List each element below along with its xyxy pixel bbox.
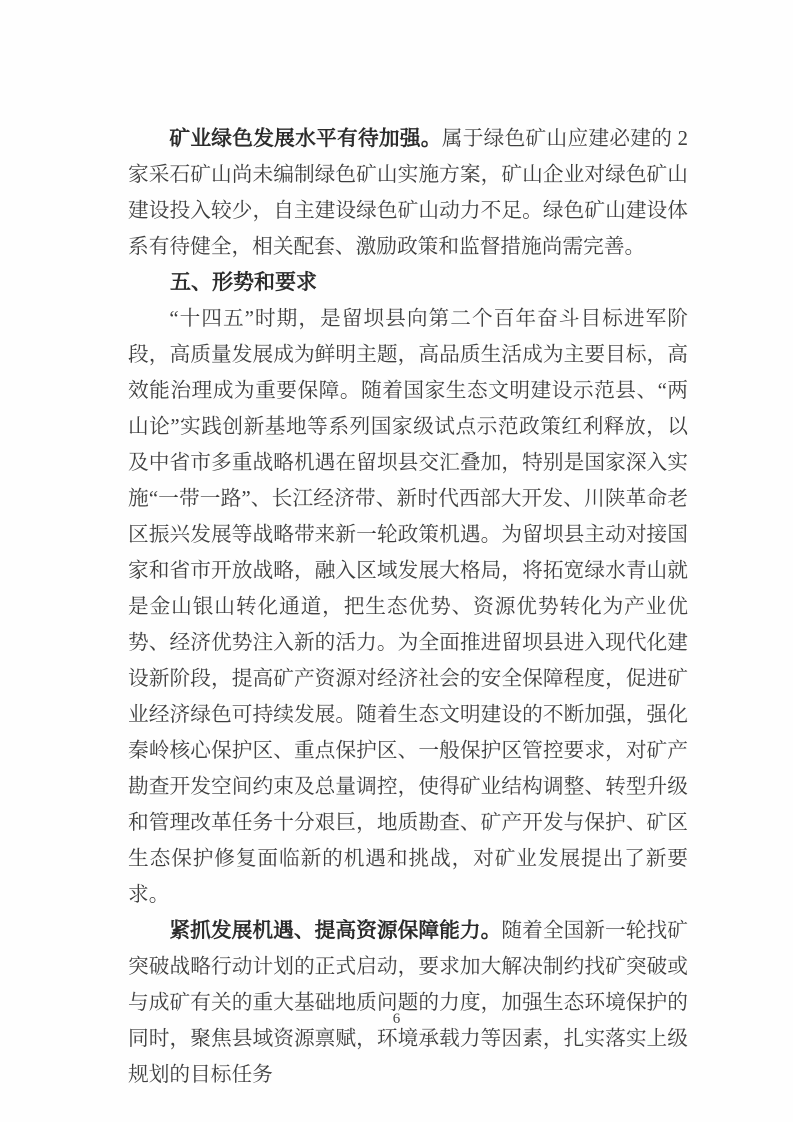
paragraph-lead: 紧抓发展机遇、提高资源保障能力。 bbox=[169, 919, 501, 942]
document-body: 矿业绿色发展水平有待加强。属于绿色矿山应建必建的 2 家采石矿山尚未编制绿色矿山… bbox=[128, 121, 688, 1093]
page-number: 6 bbox=[0, 1009, 793, 1029]
section-heading: 五、形势和要求 bbox=[128, 265, 688, 301]
paragraph: “十四五”时期，是留坝县向第二个百年奋斗目标进军阶段，高质量发展成为鲜明主题，高… bbox=[128, 301, 688, 913]
paragraph-text: 随着全国新一轮找矿突破战略行动计划的正式启动，要求加大解决制约找矿突破或与成矿有… bbox=[128, 920, 688, 1086]
paragraph: 矿业绿色发展水平有待加强。属于绿色矿山应建必建的 2 家采石矿山尚未编制绿色矿山… bbox=[128, 121, 688, 265]
paragraph-text: “十四五”时期，是留坝县向第二个百年奋斗目标进军阶段，高质量发展成为鲜明主题，高… bbox=[128, 308, 688, 906]
paragraph: 紧抓发展机遇、提高资源保障能力。随着全国新一轮找矿突破战略行动计划的正式启动，要… bbox=[128, 913, 688, 1093]
paragraph-lead: 矿业绿色发展水平有待加强。 bbox=[169, 127, 441, 150]
document-page: 矿业绿色发展水平有待加强。属于绿色矿山应建必建的 2 家采石矿山尚未编制绿色矿山… bbox=[0, 0, 793, 1122]
